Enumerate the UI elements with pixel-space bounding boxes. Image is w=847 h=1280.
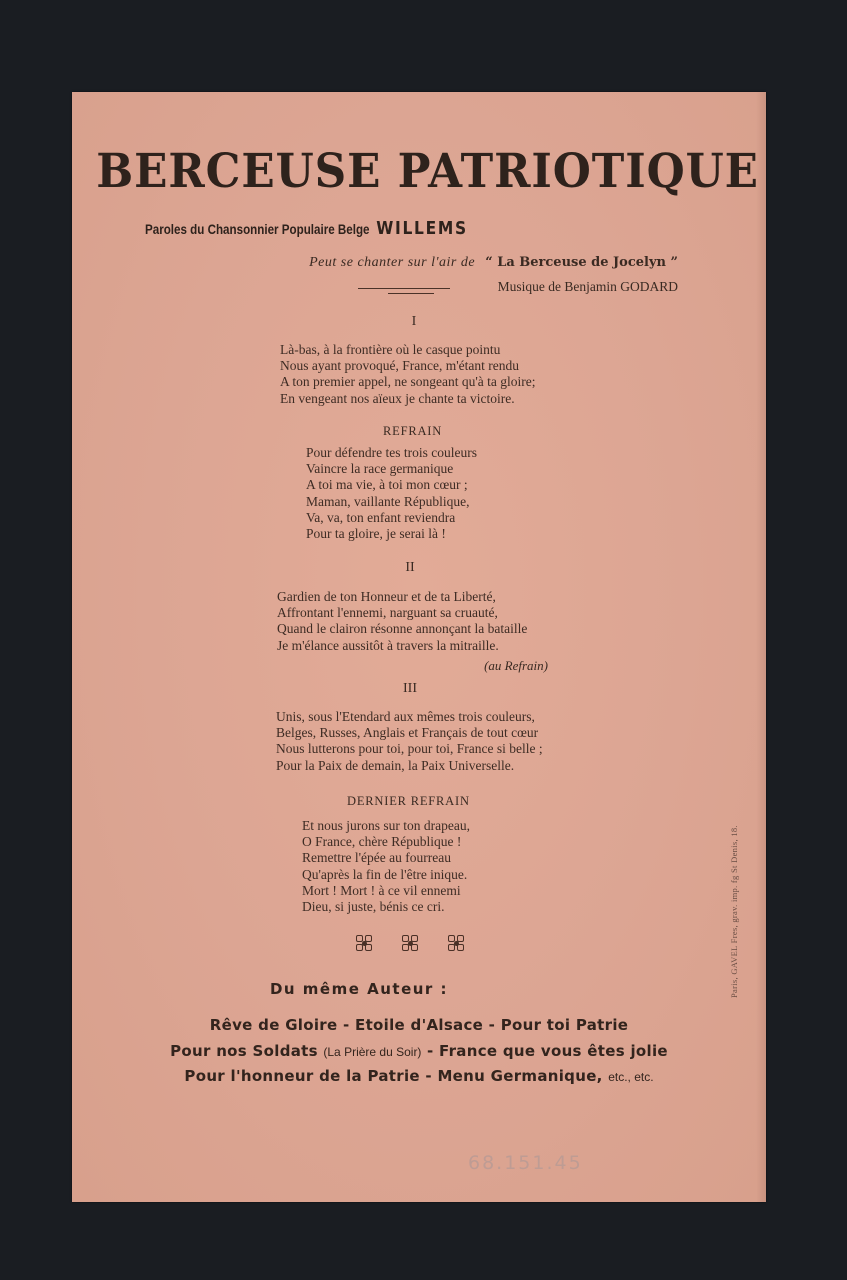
refrain-line: Va, va, ton enfant reviendra: [306, 510, 477, 526]
refrain-line: A toi ma vie, à toi mon cœur ;: [306, 477, 477, 493]
verse-line: Je m'élance aussitôt à travers la mitrai…: [277, 638, 527, 654]
work-title: - France que vous êtes jolie: [427, 1042, 668, 1060]
other-works-line-1: Rêve de Gloire - Etoile d'Alsace - Pour …: [72, 1016, 766, 1034]
verse-line: Unis, sous l'Etendard aux mêmes trois co…: [276, 709, 543, 725]
author-name: WILLEMS: [376, 218, 468, 239]
paper-edge-shadow: [756, 92, 766, 1202]
refrain-line: Qu'après la fin de l'être inique.: [302, 867, 470, 883]
refrain-line: Remettre l'épée au fourreau: [302, 850, 470, 866]
work-title: Pour nos Soldats: [170, 1042, 318, 1060]
verse-line: Gardien de ton Honneur et de ta Liberté,: [277, 589, 527, 605]
verse-line: Quand le clairon résonne annonçant la ba…: [277, 621, 527, 637]
verse-line: Nous lutterons pour toi, pour toi, Franc…: [276, 741, 543, 757]
verse-1: Là-bas, à la frontière où le casque poin…: [280, 342, 535, 407]
refrain-line: O France, chère République !: [302, 834, 470, 850]
verse-line: Là-bas, à la frontière où le casque poin…: [280, 342, 535, 358]
printer-imprint: Paris, GAVEL Fres, grav. imp. fg St Deni…: [729, 825, 739, 998]
verse-numeral: I: [394, 314, 434, 330]
lyricist-credit: Paroles du Chansonnier Populaire Belge W…: [145, 218, 468, 239]
archive-shelfmark: 68.151.45: [468, 1152, 583, 1174]
divider-rule-short: [388, 293, 434, 294]
verse-line: Pour la Paix de demain, la Paix Universe…: [276, 758, 543, 774]
refrain-line: Dieu, si juste, bénis ce cri.: [302, 899, 470, 915]
refrain-line: Vaincre la race germanique: [306, 461, 477, 477]
verse-line: Affrontant l'ennemi, narguant sa cruauté…: [277, 605, 527, 621]
tune-name: “ La Berceuse de Jocelyn ”: [485, 255, 678, 270]
refrain-heading: REFRAIN: [383, 424, 442, 439]
quatrefoil-ornament-icon: [448, 935, 464, 951]
tune-reference-lead: Peut se chanter sur l'air de: [309, 255, 475, 270]
other-works-heading: Du même Auteur :: [12, 980, 706, 998]
refrain-cue: (au Refrain): [484, 658, 548, 674]
tune-reference: Peut se chanter sur l'air de “ La Berceu…: [309, 255, 678, 271]
refrain-line: Et nous jurons sur ton drapeau,: [302, 818, 470, 834]
final-refrain: Et nous jurons sur ton drapeau, O France…: [302, 818, 470, 915]
refrain: Pour défendre tes trois couleurs Vaincre…: [306, 445, 477, 542]
verse-line: Belges, Russes, Anglais et Français de t…: [276, 725, 543, 741]
verse-line: Nous ayant provoqué, France, m'étant ren…: [280, 358, 535, 374]
verse-line: A ton premier appel, ne songeant qu'à ta…: [280, 374, 535, 390]
page-title: BERCEUSE PATRIOTIQUE: [96, 144, 741, 199]
other-works-line-3: Pour l'honneur de la Patrie - Menu Germa…: [72, 1067, 766, 1085]
lyricist-credit-prefix: Paroles du Chansonnier Populaire Belge: [145, 222, 370, 237]
verse-2: Gardien de ton Honneur et de ta Liberté,…: [277, 589, 527, 654]
quatrefoil-ornament-icon: [356, 935, 372, 951]
ornament-row: [356, 935, 464, 951]
quatrefoil-ornament-icon: [402, 935, 418, 951]
refrain-line: Pour défendre tes trois couleurs: [306, 445, 477, 461]
verse-line: En vengeant nos aïeux je chante ta victo…: [280, 391, 535, 407]
other-works-line-2: Pour nos Soldats (La Prière du Soir) - F…: [72, 1042, 766, 1060]
final-refrain-heading: DERNIER REFRAIN: [347, 794, 470, 809]
composer-credit: Musique de Benjamin GODARD: [498, 279, 678, 295]
document-sheet: BERCEUSE PATRIOTIQUE Paroles du Chansonn…: [72, 92, 766, 1202]
refrain-line: Mort ! Mort ! à ce vil ennemi: [302, 883, 470, 899]
work-title: Pour l'honneur de la Patrie - Menu Germa…: [184, 1067, 602, 1085]
work-subtitle: (La Prière du Soir): [323, 1045, 421, 1059]
verse-numeral: II: [390, 560, 430, 576]
refrain-line: Maman, vaillante République,: [306, 494, 477, 510]
verse-numeral: III: [390, 681, 430, 697]
refrain-line: Pour ta gloire, je serai là !: [306, 526, 477, 542]
etc-text: etc., etc.: [608, 1070, 653, 1084]
verse-3: Unis, sous l'Etendard aux mêmes trois co…: [276, 709, 543, 774]
divider-rule: [358, 288, 450, 289]
